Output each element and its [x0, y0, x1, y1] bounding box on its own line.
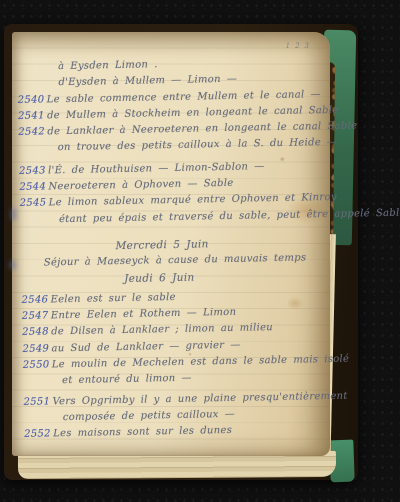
entry-text: composée de petits cailloux — [63, 409, 235, 423]
entry-number: 2543 [19, 165, 46, 177]
entry-number: 2548 [22, 327, 49, 339]
entry-text: Vers Opgrimby il y a une plaine presqu'e… [52, 390, 347, 407]
entry-text: d'Eysden à Mullem — Limon — [58, 74, 237, 88]
entry-number: 2541 [18, 110, 45, 122]
manuscript-page: 123 à Eysden Limon . d'Eysden à Mullem —… [12, 32, 330, 456]
folio-number: 123 [286, 42, 314, 50]
entry-text: Neeroeteren à Ophoven — Sable [48, 178, 233, 193]
entry-number: 2545 [20, 198, 47, 210]
entry-number: 2550 [23, 359, 50, 371]
ink-smudge [9, 260, 16, 270]
entry-text: au Sud de Lanklaer — gravier — [51, 339, 240, 354]
entry-text: Eelen est sur le sable [50, 292, 175, 305]
scanned-manuscript-photo: { "manuscript": { "folio_number": "123",… [0, 0, 400, 502]
entry-text: Entre Eelen et Rothem — Limon [51, 307, 237, 322]
entry-number: 2551 [23, 396, 50, 408]
entry-number: 2549 [22, 343, 49, 355]
book: 123 à Eysden Limon . d'Eysden à Mullem —… [4, 24, 358, 480]
entry-number: 2546 [21, 294, 48, 306]
entry-number: 2544 [19, 181, 46, 193]
entry-text: l'É. de Houthuisen — Limon-Sablon — [48, 161, 265, 176]
entry-text: à Eysden Limon . [58, 59, 158, 72]
heading-text: Mercredi 5 Juin [115, 238, 208, 252]
entry-number: 2547 [22, 311, 49, 323]
entry-number: 2542 [18, 127, 45, 139]
handwritten-text: à Eysden Limon . d'Eysden à Mullem — Lim… [14, 56, 329, 445]
entry-text: de Dilsen à Lanklaer ; limon au milieu [51, 323, 273, 338]
entry-number: 2552 [24, 429, 51, 441]
entry-number: 2540 [18, 94, 45, 106]
heading-text: Jeudi 6 Juin [124, 271, 195, 284]
entry-text: Les maisons sont sur les dunes [53, 425, 232, 439]
entry-text: et entouré du limon — [62, 373, 192, 386]
